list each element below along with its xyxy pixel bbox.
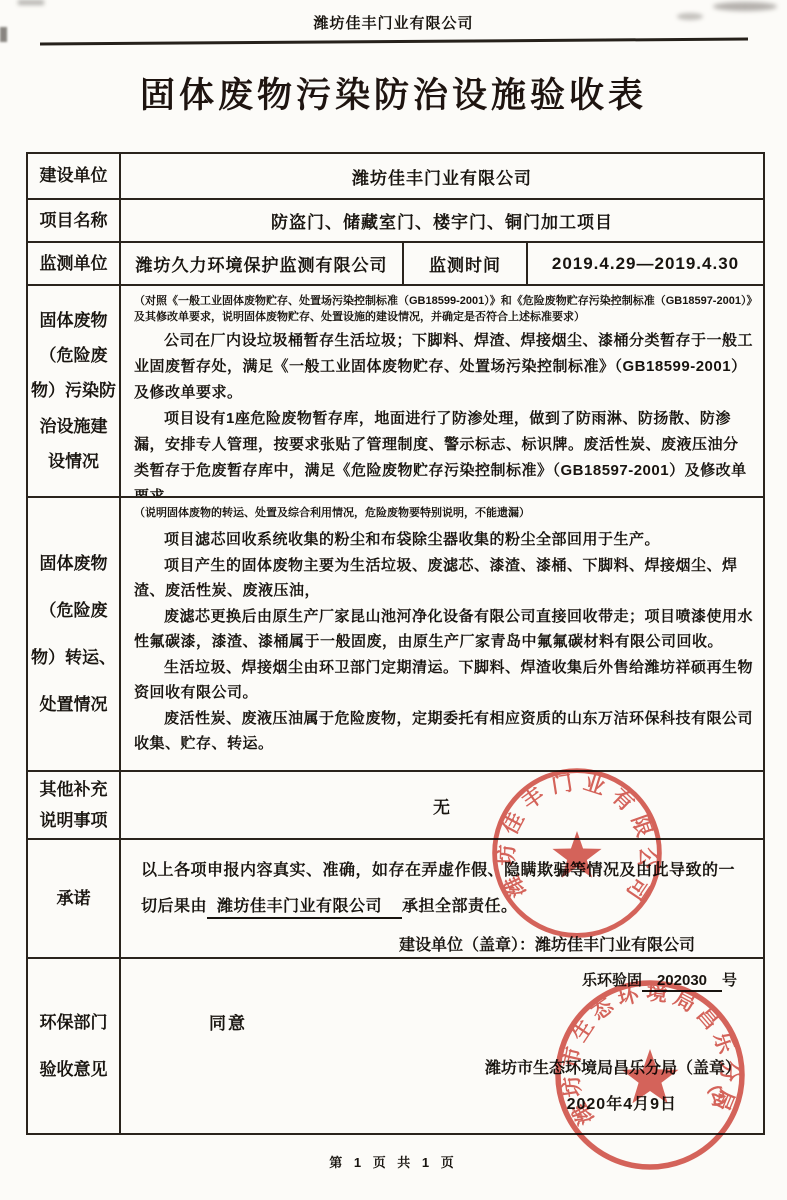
paragraph: 废滤芯更换后由原生产厂家昆山池河净化设备有限公司直接回收带走；项目喷漆使用水性氟… [134,604,753,655]
label-line: 验收意见 [40,1059,108,1080]
doc-no-suffix: 号 [722,972,737,989]
paragraph: 项目滤芯回收系统收集的粉尘和布袋除尘器收集的粉尘全部回用于生产。 [134,527,753,553]
other-notes-value: 无 [119,770,763,838]
label-line: 环保部门 [40,1012,108,1033]
epa-opinion-content: 乐环验固202030号 同意 潍坊市生态环境局昌乐分局（盖章） 2020年4月9… [119,957,763,1133]
commitment-company-underlined: 潍坊佳丰门业有限公司 [207,898,402,919]
agency-seal-line: 潍坊市生态环境局昌乐分局（盖章） [485,1055,741,1078]
paragraph: 项目设有1座危险废物暂存库，地面进行了防渗处理，做到了防雨淋、防扬散、防渗漏，安… [134,406,753,496]
construction-status-content: （对照《一般工业固体废物贮存、处置场污染控制标准（GB18599-2001）》和… [119,284,763,496]
label-line: 设情况 [48,451,99,472]
construction-unit-value: 潍坊佳丰门业有限公司 [119,154,763,198]
label-line: 物）污染防 [31,380,116,401]
paragraph: 项目产生的固体废物主要为生活垃圾、废滤芯、漆渣、漆桶、下脚料、焊接烟尘、焊渣、废… [134,553,753,604]
row-label-project-name: 项目名称 [28,198,119,241]
row-label-construction-unit: 建设单位 [28,154,119,198]
paragraph: 生活垃圾、焊接烟尘由环卫部门定期清运。下脚料、焊渣收集后外售给潍坊祥硕再生物资回… [134,655,753,706]
approval-text: 同意 [209,1009,247,1034]
label-line: 固体废物 [40,553,108,574]
approval-date: 2020年4月9日 [567,1091,677,1114]
row-label-transfer-disposal: 固体废物 （危险废 物）转运、 处置情况 [28,496,119,770]
project-name-value: 防盗门、储藏室门、楼宇门、铜门加工项目 [119,198,763,241]
scanned-document-page: 潍坊佳丰门业有限公司 固体废物污染防治设施验收表 建设单位 潍坊佳丰门业有限公司… [0,0,787,1200]
label-line: 治设施建 [40,416,108,437]
doc-no-prefix: 乐环验固 [582,972,642,989]
label-line: 处置情况 [40,694,108,715]
paragraph: 公司在厂内设垃圾桶暂存生活垃圾；下脚料、焊渣、焊接烟尘、漆桶分类暂存于一般工业固… [134,328,753,406]
label-line: 固体废物 [40,310,108,331]
monitoring-unit-value: 潍坊久力环境保护监测有限公司 [119,241,402,284]
row-label-monitoring-unit: 监测单位 [28,241,119,284]
doc-no-value: 202030 [642,972,722,992]
row-label-other-notes: 其他补充 说明事项 [28,770,119,838]
header-divider [39,38,747,46]
paragraph: 废活性炭、废液压油属于危险废物，定期委托有相应资质的山东万洁环保科技有限公司收集… [134,706,753,757]
monitoring-time-label: 监测时间 [402,241,526,284]
commitment-text: 以上各项申报内容真实、准确，如存在弄虚作假、隐瞒欺骗等情况及由此导致的一切后果由… [141,853,747,925]
label-line: 物）转运、 [31,647,116,668]
monitoring-time-value: 2019.4.29—2019.4.30 [526,241,763,284]
instruction-note: （说明固体废物的转运、处置及综合利用情况，危险废物要特别说明，不能遗漏） [134,505,753,521]
document-number-line: 乐环验固202030号 [582,969,737,992]
label-line: 其他补充 [40,779,108,800]
transfer-disposal-content: （说明固体废物的转运、处置及综合利用情况，危险废物要特别说明，不能遗漏） 项目滤… [119,496,763,770]
header-company-name: 潍坊佳丰门业有限公司 [0,0,787,33]
row-label-epa-opinion: 环保部门 验收意见 [28,957,119,1133]
construction-unit-seal-line: 建设单位（盖章）：潍坊佳丰门业有限公司 [141,934,747,957]
page-number-footer: 第 1 页 共 1 页 [0,1152,787,1171]
label-line: 说明事项 [40,810,108,831]
commitment-content: 以上各项申报内容真实、准确，如存在弄虚作假、隐瞒欺骗等情况及由此导致的一切后果由… [119,838,763,957]
label-line: （危险废 [40,345,108,366]
acceptance-form-table: 建设单位 潍坊佳丰门业有限公司 项目名称 防盗门、储藏室门、楼宇门、铜门加工项目… [26,152,765,1135]
page-title: 固体废物污染防治设施验收表 [0,68,787,118]
label-line: （危险废 [40,600,108,621]
instruction-note: （对照《一般工业固体废物贮存、处置场污染控制标准（GB18599-2001）》和… [134,293,753,325]
row-label-commitment: 承诺 [28,838,119,957]
commitment-suffix: 承担全部责任。 [402,898,518,915]
row-label-construction-status: 固体废物 （危险废 物）污染防 治设施建 设情况 [28,284,119,496]
